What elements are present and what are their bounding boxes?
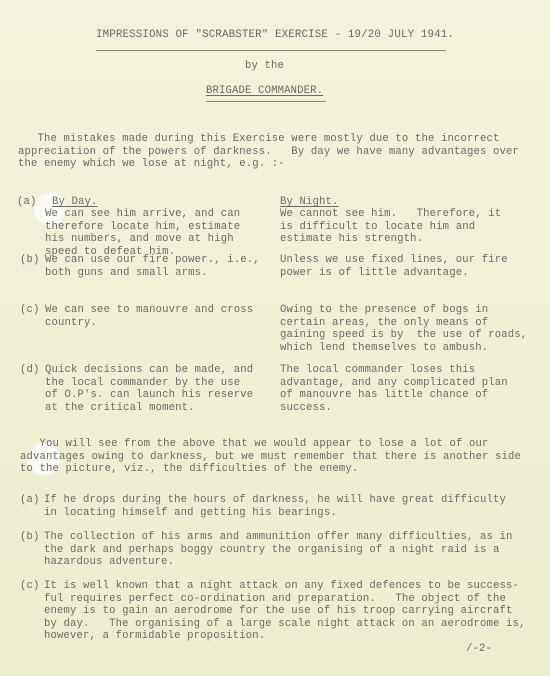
list-item: The collection of his arms and ammunitio… xyxy=(44,531,513,569)
night-cell: We cannot see him. Therefore, it is diff… xyxy=(280,208,501,246)
night-cell: The local commander loses this advantage… xyxy=(280,364,508,414)
day-cell: We can see to manouvre and cross country… xyxy=(45,304,253,329)
row-label: (a) xyxy=(17,196,37,208)
summary-paragraph: You will see from the above that we woul… xyxy=(20,438,521,476)
row-label: (c) xyxy=(20,304,40,316)
list-item: If he drops during the hours of darkness… xyxy=(44,494,506,519)
list-item-label: (b) xyxy=(20,531,40,543)
intro-paragraph: The mistakes made during this Exercise w… xyxy=(18,133,519,171)
night-cell: Unless we use fixed lines, our fire powe… xyxy=(280,254,508,279)
list-item: It is well known that a night attack on … xyxy=(44,580,526,643)
row-label: (b) xyxy=(20,254,40,266)
title-underline xyxy=(96,50,446,51)
document-title: IMPRESSIONS OF "SCRABSTER" EXERCISE - 19… xyxy=(96,29,454,41)
author: BRIGADE COMMANDER. xyxy=(206,85,323,97)
row-label: (d) xyxy=(20,364,40,376)
day-heading: By Day. xyxy=(52,196,98,208)
day-cell: We can use our fire power., i.e., both g… xyxy=(45,254,260,279)
author-underline xyxy=(206,101,326,102)
day-cell: We can see him arrive, and can therefore… xyxy=(45,208,240,258)
document-page: IMPRESSIONS OF "SCRABSTER" EXERCISE - 19… xyxy=(0,0,550,676)
page-marker: /-2- xyxy=(466,643,492,655)
byline: by the xyxy=(245,60,284,72)
list-item-label: (a) xyxy=(20,494,40,506)
list-item-label: (c) xyxy=(20,580,40,592)
night-heading: By Night. xyxy=(280,196,339,208)
night-cell: Owing to the presence of bogs in certain… xyxy=(280,304,527,354)
day-cell: Quick decisions can be made, and the loc… xyxy=(45,364,253,414)
